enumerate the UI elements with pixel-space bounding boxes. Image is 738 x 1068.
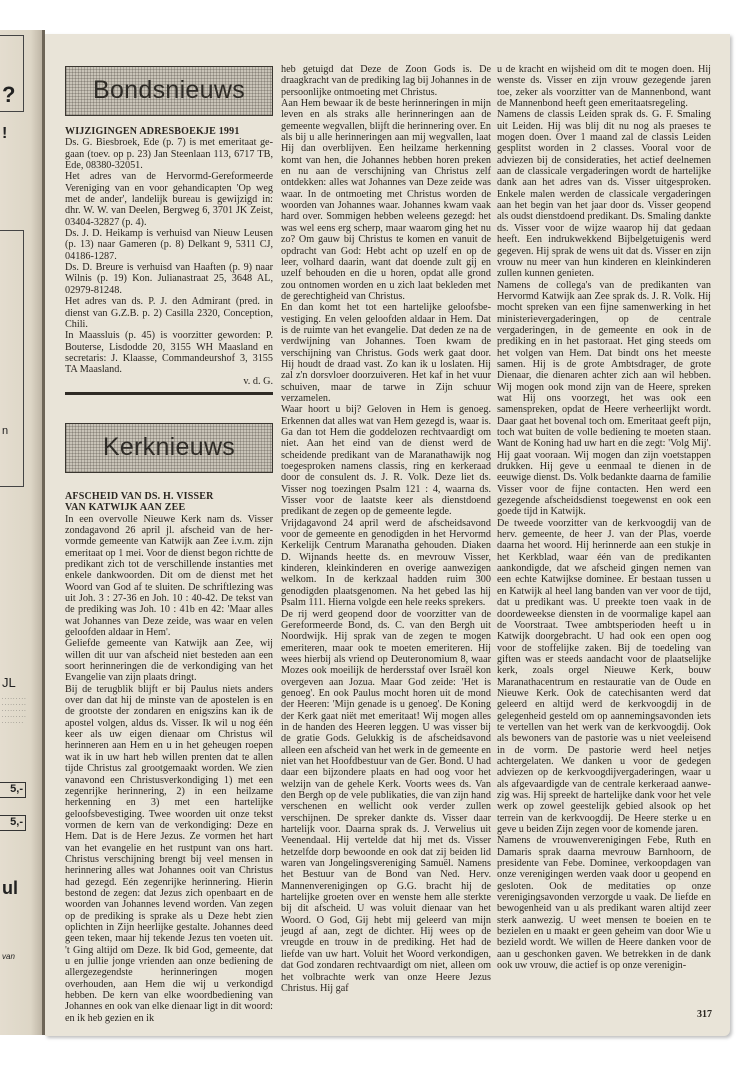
previous-page-edge: ? ! n JL . . . . . . . . . . . . . . . .… bbox=[0, 30, 44, 1035]
column-middle: heb getuigd dat Deze de Zoon Gods is. De… bbox=[281, 64, 491, 994]
section-divider bbox=[65, 392, 273, 395]
previous-page-fragment: ? bbox=[2, 82, 15, 108]
paragraph: En dan komt het tot een hartelijke geloo… bbox=[281, 302, 491, 404]
article-heading-line: AFSCHEID VAN DS. H. VISSER bbox=[65, 491, 273, 502]
signature: v. d. G. bbox=[65, 376, 273, 387]
paragraph: Waar hoort u bij? Geloven in Hem is geno… bbox=[281, 404, 491, 517]
previous-page-fragment: JL bbox=[2, 675, 16, 690]
previous-page-box bbox=[0, 230, 24, 487]
kerknieuws-banner: Kerknieuws bbox=[65, 423, 273, 473]
bondsnieuws-title: Bondsnieuws bbox=[93, 85, 245, 96]
paragraph: heb getuigd dat Deze de Zoon Gods is. De… bbox=[281, 64, 491, 98]
previous-page-price-box: 5,- bbox=[0, 782, 26, 798]
paragraph: Bij de terugblik blijft er bij Paulus ni… bbox=[65, 684, 273, 1024]
bondsnieuws-banner: Bondsnieuws bbox=[65, 66, 273, 116]
section-heading: WIJZIGINGEN ADRESBOEKJE 1991 bbox=[65, 126, 273, 137]
paragraph: Namens de vrouwenverenigingen Febe, Ruth… bbox=[497, 835, 711, 971]
magazine-page: Bondsnieuws WIJZIGINGEN ADRESBOEKJE 1991… bbox=[45, 34, 730, 1036]
kerknieuws-title: Kerknieuws bbox=[103, 442, 235, 453]
column-right: u de kracht en wijsheid om dit te mogen … bbox=[497, 64, 711, 972]
paragraph: Aan Hem bewaar ik de beste herinneringen… bbox=[281, 98, 491, 302]
paragraph: Namens de classis Leiden sprak ds. G. F.… bbox=[497, 109, 711, 279]
paragraph: In Maassluis (p. 45) is voorzitter gewor… bbox=[65, 330, 273, 375]
previous-page-fragment: n bbox=[2, 425, 8, 437]
paragraph: Namens de collega's van de predikanten v… bbox=[497, 280, 711, 518]
previous-page-fragment: van bbox=[2, 952, 15, 961]
column-left: Bondsnieuws WIJZIGINGEN ADRESBOEKJE 1991… bbox=[65, 66, 273, 1024]
paragraph: De tweede voorzitter van de kerkvoogdij … bbox=[497, 518, 711, 836]
paragraph: Ds. G. Biesbroek, Ede (p. 7) is met emer… bbox=[65, 137, 273, 171]
paragraph: Geliefde gemeente van Katwijk aan Zee, w… bbox=[65, 638, 273, 683]
paragraph: u de kracht en wijsheid om dit te mogen … bbox=[497, 64, 711, 109]
paragraph: De rij werd geopend door de voorzitter v… bbox=[281, 609, 491, 995]
paragraph: Ds. D. Breure is verhuisd van Haaften (p… bbox=[65, 262, 273, 296]
paragraph: Vrijdagavond 24 april werd de afscheidsa… bbox=[281, 518, 491, 609]
paragraph: Het adres van ds. P. J. den Admirant (pr… bbox=[65, 296, 273, 330]
previous-page-small-text: . . . . . . . . . . . . . . . . . . . . … bbox=[2, 695, 26, 725]
paragraph: Ds. J. D. Heikamp is verhuisd van Nieuw … bbox=[65, 228, 273, 262]
paragraph: Het adres van de Hervormd-Gereformeerde … bbox=[65, 171, 273, 228]
article-heading-line: VAN KATWIJK AAN ZEE bbox=[65, 502, 273, 513]
page-number: 317 bbox=[697, 1009, 712, 1020]
previous-page-price-box: 5,- bbox=[0, 815, 26, 831]
previous-page-fragment: ul bbox=[2, 878, 18, 899]
previous-page-fragment: ! bbox=[2, 125, 7, 143]
paragraph: In een overvolle Nieuwe Kerk nam ds. Vis… bbox=[65, 514, 273, 639]
